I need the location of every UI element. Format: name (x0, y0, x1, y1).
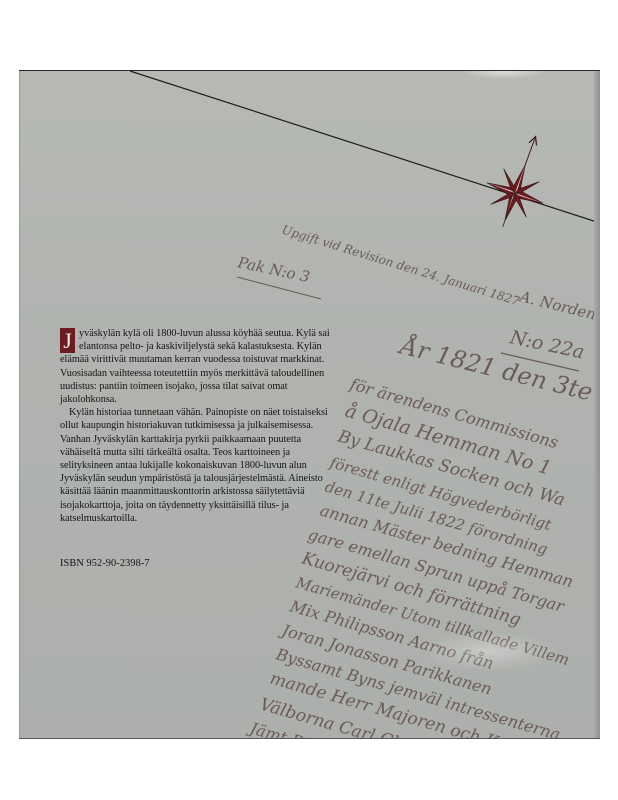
book-back-cover: Upgift vid Revision den 24. Januari 1827… (19, 70, 600, 739)
isbn: ISBN 952-90-2398-7 (60, 558, 150, 569)
compass-rose-icon (474, 126, 563, 237)
cover-edge (594, 71, 600, 738)
svg-text:A. Nordensk: A. Nordensk (516, 287, 600, 328)
svg-text:Pak N:o 3: Pak N:o 3 (235, 253, 311, 286)
svg-text:N:o 22a: N:o 22a (507, 326, 586, 363)
dropcap: J (60, 328, 75, 353)
svg-text:Upgift vid Revision den 24. Ja: Upgift vid Revision den 24. Januari 1827 (280, 222, 521, 308)
blurb-text: Jyväskylän kylä oli 1800-luvun alussa kö… (60, 327, 330, 525)
blurb-paragraph-2: Kylän historiaa tunnetaan vähän. Painopi… (60, 406, 330, 525)
blurb-paragraph-1: Jyväskylän kylä oli 1800-luvun alussa kö… (60, 327, 330, 406)
